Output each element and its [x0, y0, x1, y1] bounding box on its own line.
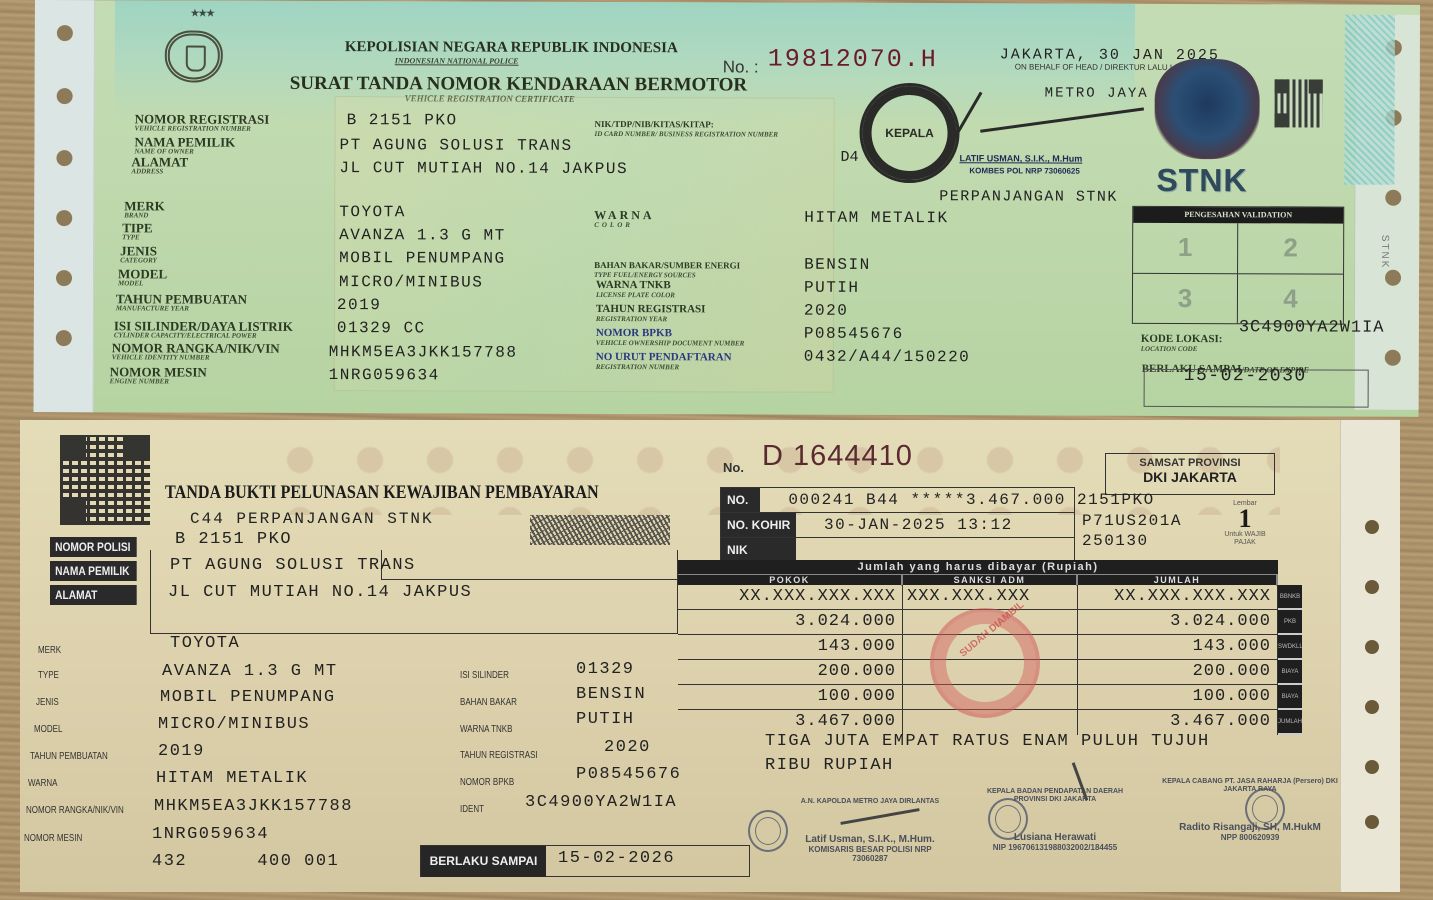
bpkb-number-value: P08545676 [804, 325, 904, 343]
signatory-name: Radito Risangaji, SH, M.HukM [1160, 822, 1340, 833]
field-label: MODELMODEL [118, 268, 167, 287]
category-value: MOBIL PENUMPANG [339, 249, 506, 268]
perforation-hole [1365, 700, 1379, 714]
security-pattern [1344, 15, 1395, 185]
sheet-number: 1 [1220, 507, 1270, 531]
receipt-title: TANDA BUKTI PELUNASAN KEWAJIBAN PEMBAYAR… [165, 482, 599, 504]
police-seal-icon [748, 810, 788, 852]
manufacture-year-value: 2019 [158, 742, 205, 761]
field-label: NOMOR RANGKA/NIK/VIN [26, 805, 124, 816]
field-label: TAHUN REGISTRASI [460, 750, 538, 761]
field-label: NOMOR MESINENGINE NUMBER [110, 366, 207, 385]
field-label: TAHUN PEMBUATANMANUFACTURE YEAR [116, 293, 247, 312]
row-tag: SWDKLLJ [1278, 635, 1302, 660]
cylinder-value: 01329 [576, 660, 635, 679]
validation-header: PENGESAHAN VALIDATION [1133, 207, 1343, 224]
perforation-hole [1365, 815, 1379, 829]
vin-value: MHKM5EA3JKK157788 [154, 797, 353, 816]
perforated-edge-right [1340, 420, 1400, 892]
expiry-date: 15-02-2026 [558, 849, 675, 868]
field-label: NOMOR BPKBVEHICLE OWNERSHIP DOCUMENT NUM… [596, 328, 745, 348]
field-label: BAHAN BAKAR/SUMBER ENERGITYPE FUEL/ENERG… [594, 260, 740, 280]
expiry-label: BERLAKU SAMPAI [421, 846, 546, 877]
field-label: WARNACOLOR [594, 210, 654, 229]
ident-value: 3C4900YA2W1IA [525, 793, 677, 812]
collected-stamp-icon: SUDAH DIAMBIL [930, 608, 1040, 718]
address-value: JL CUT MUTIAH NO.14 JAKPUS [168, 583, 472, 602]
field-label: ALAMATADDRESS [131, 156, 188, 175]
payment-receipt-card: TANDA BUKTI PELUNASAN KEWAJIBAN PEMBAYAR… [20, 420, 1400, 892]
kohir-label: NO. KOHIR [721, 513, 796, 537]
hologram-logo-icon [1154, 59, 1259, 159]
stnk-card: ★★★ KEPOLISIAN NEGARA REPUBLIK INDONESIA… [34, 0, 1420, 417]
field-label: NAMA PEMILIKNAME OF OWNER [134, 136, 235, 155]
color-value: HITAM METALIK [804, 209, 948, 228]
field-label: WARNA TNKB [460, 724, 512, 735]
plate-value: B 2151 PKO [175, 530, 292, 549]
registration-year-value: 2020 [604, 738, 651, 757]
owner-value: PT AGUNG SOLUSI TRANS [170, 556, 416, 575]
plate-color-value: PUTIH [576, 710, 635, 729]
perforation-hole [57, 88, 73, 104]
field-label: ISI SILINDER/DAYA LISTRIKCYLINDER CAPACI… [114, 320, 293, 340]
field-label: NOMOR RANGKA/NIK/VINVEHICLE IDENTITY NUM… [112, 342, 280, 362]
info-box: NO. URUT000241 B44 *****3.467.000 2151PK… [720, 487, 1075, 563]
cylinder-value: 01329 CC [337, 319, 426, 337]
model-value: MICRO/MINIBUS [339, 273, 483, 292]
engine-number-value: 1NRG059634 [329, 366, 440, 384]
row-tags: BBNKB PKB SWDKLLJ BIAYA ADM STNK BIAYA A… [1278, 585, 1302, 735]
perforation-hole [1365, 580, 1379, 594]
row-tag: BIAYA ADM TNKB [1278, 685, 1302, 710]
validation-cell: 1 [1133, 223, 1238, 274]
row-tag: BIAYA ADM STNK [1278, 660, 1302, 685]
side-watermark: STNK [1379, 235, 1390, 270]
perforation-hole [56, 210, 72, 226]
engine-number-value: 1NRG059634 [152, 825, 269, 844]
perforated-edge-left [34, 0, 95, 412]
signatory: KEPALA CABANG PT. JASA RAHARJA (Persero)… [1160, 778, 1340, 842]
type-value: AVANZA 1.3 G MT [162, 662, 338, 681]
field-label: IDENT [460, 804, 484, 815]
order-number-value: 000241 B44 *****3.467.000 2151PKO [760, 488, 1154, 512]
table-row: XX.XXX.XXX.XXXXXX.XXX.XXXXX.XXX.XXX.XXX [678, 585, 1278, 610]
receipt-number-label: No. [723, 460, 744, 475]
police-emblem-icon [165, 30, 223, 82]
samsat-region: DKI JAKARTA [1106, 469, 1274, 485]
validation-box: PENGESAHAN VALIDATION 1 2 3 4 [1132, 206, 1344, 325]
address-label: ALAMAT [50, 585, 137, 605]
qr-code-icon [60, 435, 150, 525]
field-label: NOMOR BPKB [460, 777, 514, 788]
registration-number: B 2151 PKO [347, 111, 458, 129]
expiry-box: BERLAKU SAMPAI 15-02-2026 [420, 845, 750, 877]
perforation-hole [1365, 520, 1379, 534]
service-name: C44 PERPANJANGAN STNK [190, 510, 434, 528]
code-1: P71US201A [1082, 512, 1182, 530]
stnk-logo-text: STNK [1156, 162, 1247, 199]
signatory: KEPALA BADAN PENDAPATAN DAERAH PROVINSI … [980, 788, 1130, 852]
location-code: 3C4900YA2W1IA [1239, 318, 1385, 338]
brand-value: TOYOTA [339, 203, 406, 221]
field-label: JENIS [36, 697, 59, 708]
barcode-icon [530, 515, 670, 545]
plate-label: NOMOR POLISI [50, 537, 137, 557]
perforation-hole [56, 150, 72, 166]
code-2: 250130 [1082, 532, 1149, 550]
field-label: MERKBRAND [124, 200, 165, 219]
official-rank: KOMBES POL NRP 73060625 [969, 166, 1079, 175]
field-label: JENISCATEGORY [120, 245, 157, 264]
perforation-hole [1365, 760, 1379, 774]
document-number-label: No. : [723, 57, 759, 77]
validation-cell: 3 [1133, 273, 1238, 323]
row-tag: JUMLAH [1278, 710, 1302, 735]
registration-year-value: 2020 [804, 302, 848, 320]
field-label: TAHUN REGISTRASIREGISTRATION YEAR [596, 304, 706, 323]
type-value: AVANZA 1.3 G MT [339, 226, 506, 245]
signatory-name: Lusiana Herawati [980, 832, 1130, 843]
d4-code: D4 [840, 149, 858, 166]
field-label: MODEL [34, 724, 62, 735]
kohir-value: 30-JAN-2025 13:12 [796, 513, 1013, 537]
owner-name: PT AGUNG SOLUSI TRANS [339, 136, 572, 155]
id-number-label: NIK/TDP/NIB/KITAS/KITAP:ID CARD NUMBER/ … [595, 119, 778, 139]
field-label: WARNA [28, 778, 57, 789]
row-tag: BBNKB [1278, 585, 1302, 610]
perforation-hole [1385, 350, 1401, 366]
validation-cell: 2 [1238, 223, 1343, 274]
field-label: ISI SILINDER [460, 670, 509, 681]
bpkb-number-value: P08545676 [576, 765, 681, 784]
row-tag: PKB [1278, 610, 1302, 635]
color-value: HITAM METALIK [156, 769, 308, 788]
stars-icon: ★★★ [190, 7, 214, 20]
field-label: TIPETYPE [122, 222, 152, 241]
fuel-value: BENSIN [804, 256, 871, 274]
amount-in-words: TIGA JUTA EMPAT RATUS ENAM PULUH TUJUH R… [765, 730, 1210, 778]
field-label: MERK [38, 645, 61, 656]
field-label: NOMOR MESIN [24, 833, 82, 844]
vin-value: MHKM5EA3JKK157788 [329, 343, 518, 362]
official-stamp-icon: KEPALA [859, 83, 959, 183]
qr-code-icon [1275, 79, 1323, 127]
manufacture-year-value: 2019 [337, 296, 381, 314]
fuel-value: BENSIN [576, 685, 646, 704]
location-code-label: KODE LOKASI:LOCATION CODE [1141, 334, 1223, 353]
signatory: A.N. KAPOLDA METRO JAYA DIRLANTAS Latif … [790, 798, 950, 863]
sheet-indicator: Lembar 1 Untuk WAJIB PAJAK [1220, 500, 1270, 547]
owner-label: NAMA PEMILIK [50, 561, 137, 581]
payment-table-title: Jumlah yang harus dibayar (Rupiah) [678, 560, 1278, 574]
samsat-title: SAMSAT PROVINSI [1106, 457, 1274, 469]
field-label: TYPE [38, 670, 59, 681]
region-text: METRO JAYA [1045, 86, 1149, 102]
perforation-hole [56, 330, 72, 346]
brand-value: TOYOTA [170, 634, 240, 653]
plate-color-value: PUTIH [804, 279, 860, 297]
validation-cell: 4 [1238, 274, 1343, 324]
official-name: LATIF USMAN, S.I.K., M.Hum [959, 153, 1082, 163]
perforation-hole [1365, 640, 1379, 654]
field-label: WARNA TNKBLICENSE PLATE COLOR [596, 280, 675, 299]
perforation-hole [1385, 270, 1401, 286]
field-label: NO URUT PENDAFTARANREGISTRATION NUMBER [596, 352, 732, 371]
header-subtitle: INDONESIAN NATIONAL POLICE [395, 56, 519, 65]
field-label: TAHUN PEMBUATAN [30, 751, 108, 762]
perforation-hole [1385, 190, 1401, 206]
purpose-text: PERPANJANGAN STNK [939, 188, 1118, 206]
category-value: MOBIL PENUMPANG [160, 688, 336, 707]
owner-address: JL CUT MUTIAH NO.14 JAKPUS [339, 159, 628, 178]
model-value: MICRO/MINIBUS [158, 715, 310, 734]
perforation-hole [57, 25, 73, 41]
perforation-hole [56, 270, 72, 286]
registration-order-value: 0432/A44/150220 [804, 348, 971, 367]
expiry-date: 15-02-2030 [1184, 366, 1307, 386]
document-number: 19812070.H [768, 45, 938, 75]
field-label: BAHAN BAKAR [460, 697, 517, 708]
receipt-number: D 1644410 [762, 440, 913, 473]
field-label: NOMOR REGISTRASIVEHICLE REGISTRATION NUM… [135, 113, 270, 132]
signatory-name: Latif Usman, S.I.K., M.Hum. [790, 834, 950, 845]
header-title: KEPOLISIAN NEGARA REPUBLIK INDONESIA [345, 39, 678, 57]
bottom-code: 432 400 001 [152, 852, 339, 871]
order-number-label: NO. URUT [721, 488, 760, 512]
